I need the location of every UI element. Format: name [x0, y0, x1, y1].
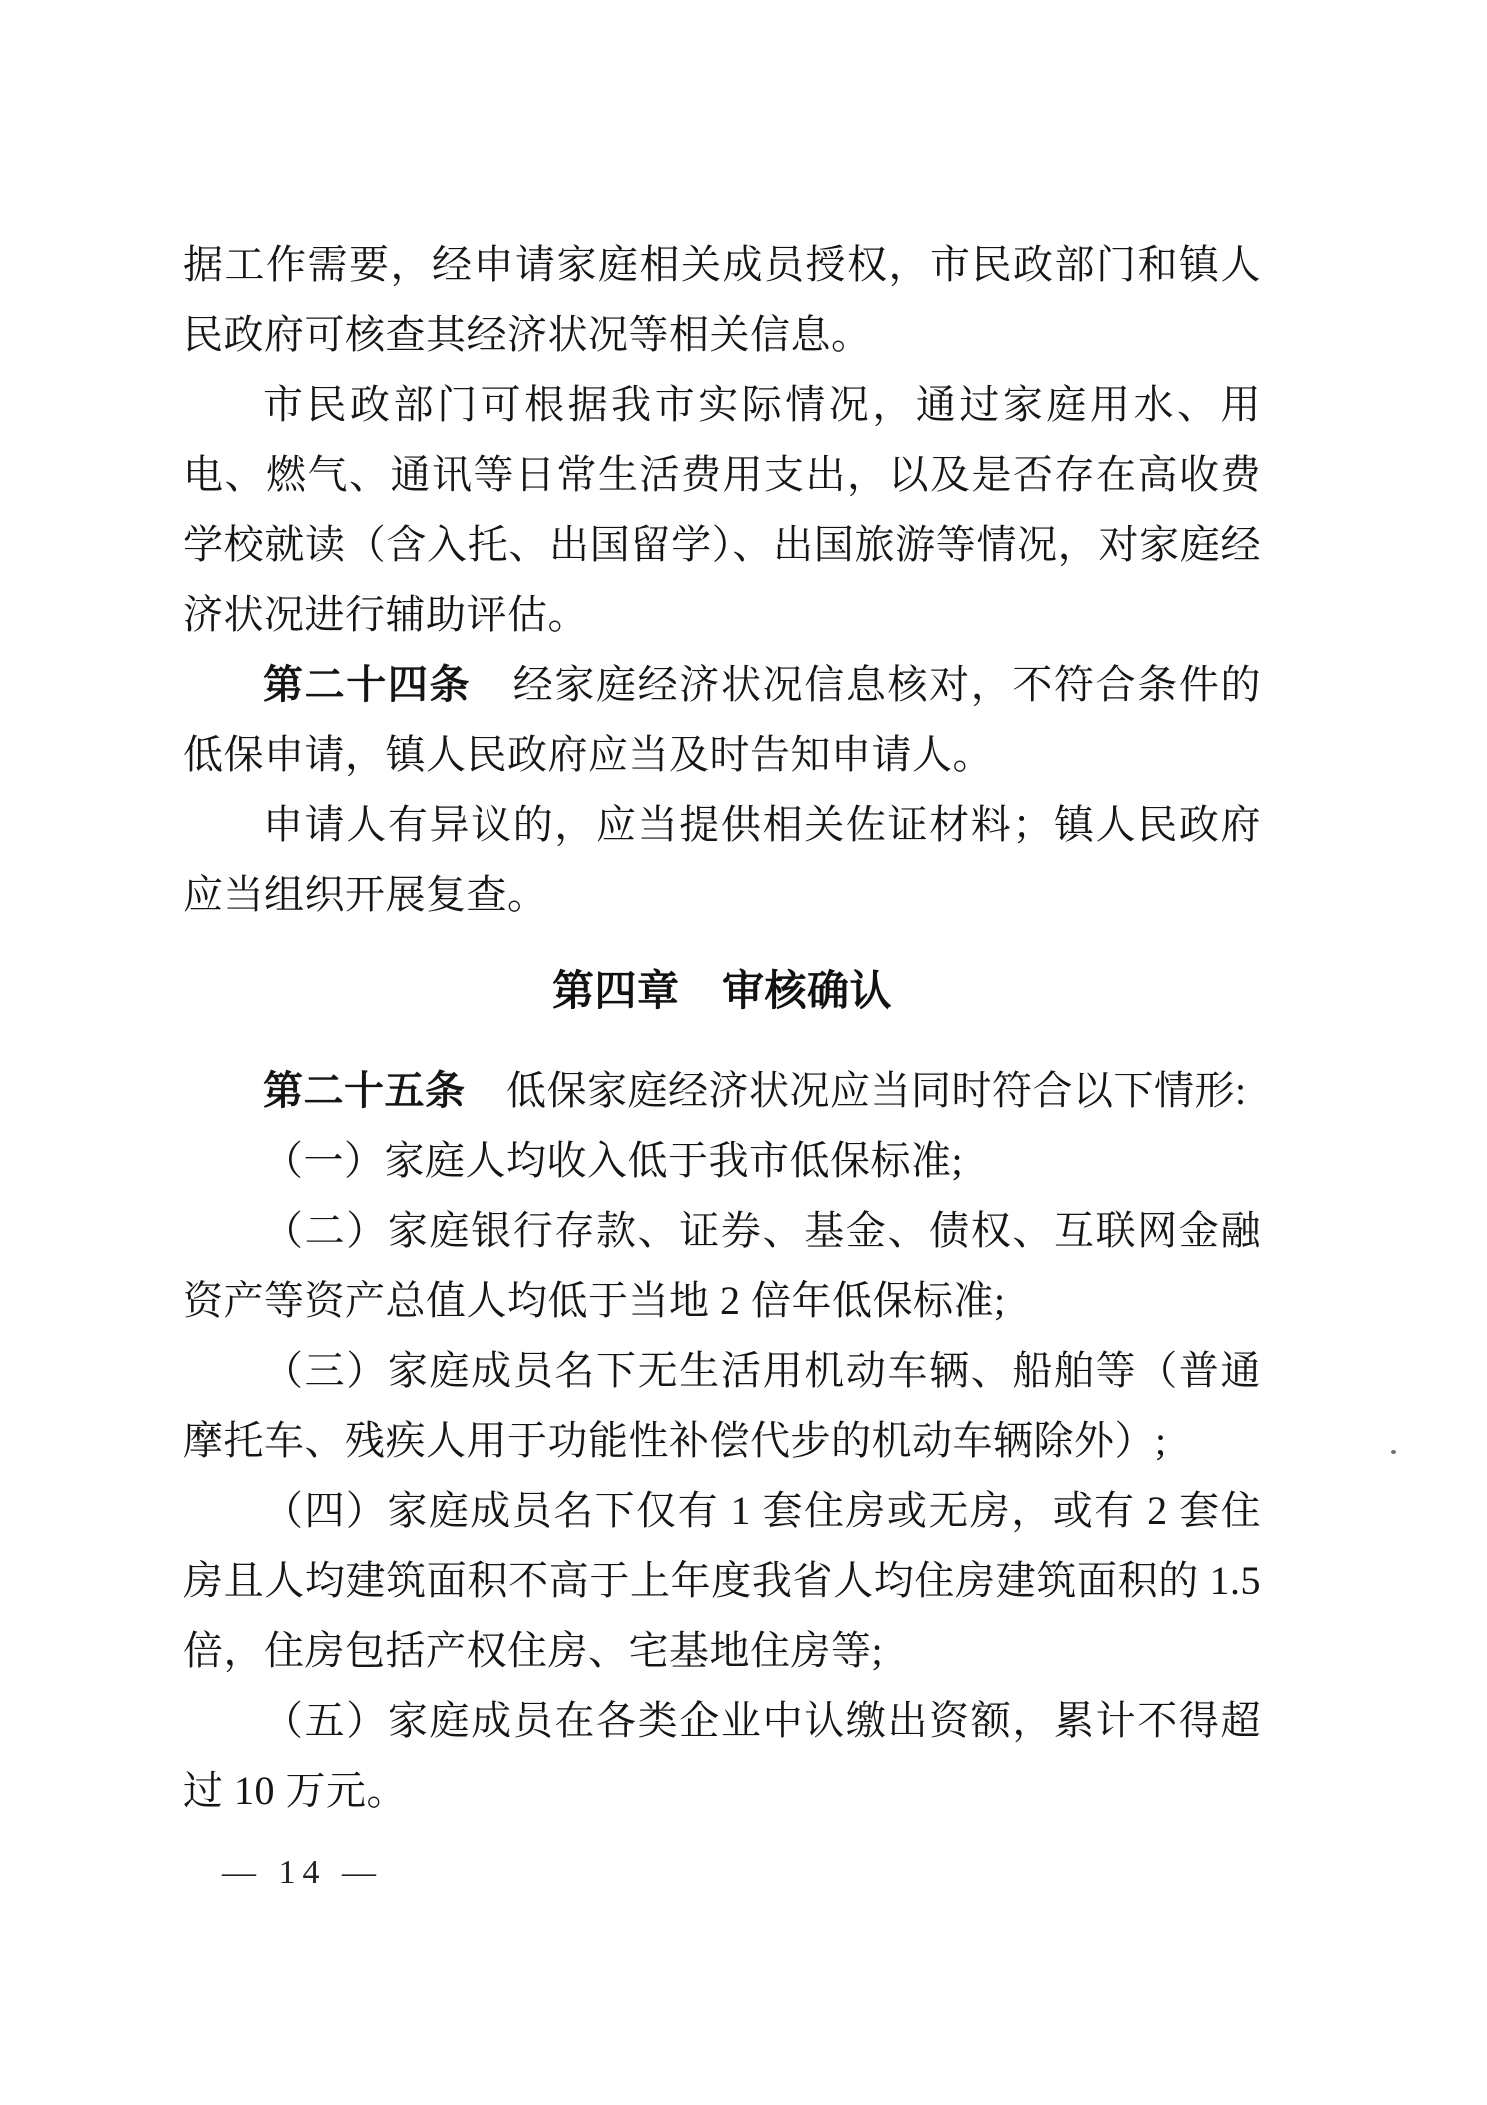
- text-run: （五）家庭成员在各类企业中认缴出资额，累计不得超过 10 万元。: [183, 1698, 1261, 1813]
- text-run: 据工作需要，经申请家庭相关成员授权，市民政部门和镇人民政府可核查其经济状况等相关…: [183, 242, 1261, 357]
- article-number: 第二十四条: [263, 663, 471, 707]
- paragraph: （四）家庭成员名下仅有 1 套住房或无房，或有 2 套住房且人均建筑面积不高于上…: [183, 1476, 1261, 1686]
- paragraph: （五）家庭成员在各类企业中认缴出资额，累计不得超过 10 万元。: [183, 1686, 1261, 1826]
- chapter-heading: 第四章 审核确认: [183, 956, 1261, 1026]
- page-number: — 14 —: [222, 1854, 383, 1892]
- scan-artifact-dot: [1391, 1450, 1396, 1454]
- paragraph: 第二十四条 经家庭经济状况信息核对，不符合条件的低保申请，镇人民政府应当及时告知…: [183, 650, 1261, 790]
- paragraph: （三）家庭成员名下无生活用机动车辆、船舶等（普通摩托车、残疾人用于功能性补偿代步…: [183, 1336, 1261, 1476]
- text-run: 低保家庭经济状况应当同时符合以下情形:: [466, 1068, 1247, 1113]
- paragraph: （二）家庭银行存款、证券、基金、债权、互联网金融资产等资产总值人均低于当地 2 …: [183, 1196, 1261, 1336]
- text-run: 市民政部门可根据我市实际情况，通过家庭用水、用电、燃气、通讯等日常生活费用支出，…: [183, 382, 1261, 637]
- paragraph: 申请人有异议的，应当提供相关佐证材料；镇人民政府应当组织开展复查。: [183, 790, 1261, 930]
- paragraph-group-after-heading: 第二十五条 低保家庭经济状况应当同时符合以下情形:（一）家庭人均收入低于我市低保…: [183, 1056, 1261, 1826]
- document-page: 据工作需要，经申请家庭相关成员授权，市民政部门和镇人民政府可核查其经济状况等相关…: [0, 0, 1487, 2105]
- document-body: 据工作需要，经申请家庭相关成员授权，市民政部门和镇人民政府可核查其经济状况等相关…: [183, 230, 1261, 1826]
- article-number: 第二十五条: [263, 1069, 466, 1113]
- paragraph: 据工作需要，经申请家庭相关成员授权，市民政部门和镇人民政府可核查其经济状况等相关…: [183, 230, 1261, 370]
- paragraph: 第二十五条 低保家庭经济状况应当同时符合以下情形:: [183, 1056, 1261, 1126]
- paragraph: （一）家庭人均收入低于我市低保标准;: [183, 1126, 1261, 1196]
- text-run: 申请人有异议的，应当提供相关佐证材料；镇人民政府应当组织开展复查。: [183, 802, 1261, 917]
- paragraph: 市民政部门可根据我市实际情况，通过家庭用水、用电、燃气、通讯等日常生活费用支出，…: [183, 370, 1261, 650]
- text-run: （三）家庭成员名下无生活用机动车辆、船舶等（普通摩托车、残疾人用于功能性补偿代步…: [183, 1348, 1261, 1463]
- text-run: （一）家庭人均收入低于我市低保标准;: [263, 1138, 963, 1183]
- paragraph-group-before-heading: 据工作需要，经申请家庭相关成员授权，市民政部门和镇人民政府可核查其经济状况等相关…: [183, 230, 1261, 930]
- text-run: （四）家庭成员名下仅有 1 套住房或无房，或有 2 套住房且人均建筑面积不高于上…: [183, 1488, 1261, 1673]
- text-run: （二）家庭银行存款、证券、基金、债权、互联网金融资产等资产总值人均低于当地 2 …: [183, 1208, 1261, 1323]
